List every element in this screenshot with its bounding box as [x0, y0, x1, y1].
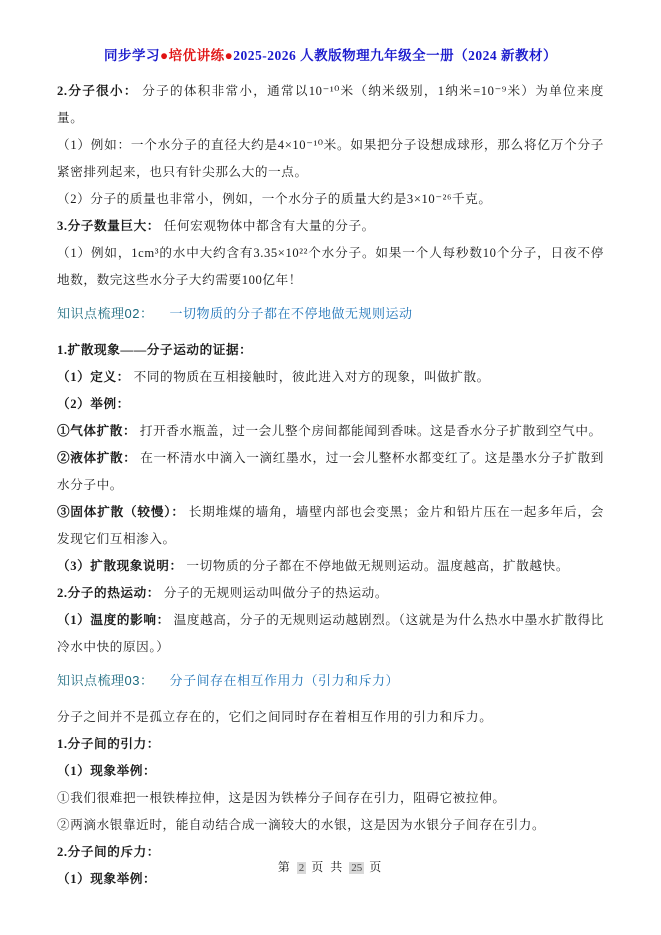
paragraph: （1）现象举例：: [57, 758, 604, 785]
paragraph: 分子之间并不是孤立存在的，它们之间同时存在着相互作用的引力和斥力。: [57, 704, 604, 731]
text-segment: （2）分子的质量也非常小，例如，一个水分子的质量大约是3×10⁻²⁶千克。: [57, 192, 492, 206]
text-segment: （1）定义：: [57, 370, 130, 384]
text-segment: 1.扩散现象——分子运动的证据：: [57, 343, 252, 357]
text-segment: 分子之间并不是孤立存在的，它们之间同时存在着相互作用的引力和斥力。: [57, 710, 492, 724]
text-segment: ②液体扩散：: [57, 451, 137, 465]
section-heading: 知识点梳理02：一切物质的分子都在不停地做无规则运动: [57, 303, 604, 324]
text-segment: （1）现象举例：: [57, 764, 156, 778]
text-segment: 第: [278, 860, 297, 874]
page-footer: 第 2 页 共 25 页: [0, 858, 661, 875]
text-segment: 分子的体积非常小，通常以10⁻¹⁰米（纳米级别，1纳米=10⁻⁹米）为单位来度量…: [57, 84, 604, 125]
paragraph: （2）举例：: [57, 391, 604, 418]
text-segment: （2）举例：: [57, 397, 130, 411]
text-segment: ①气体扩散：: [57, 424, 136, 438]
paragraph: 3.分子数量巨大： 任何宏观物体中都含有大量的分子。: [57, 213, 604, 240]
text-segment: 3.分子数量巨大：: [57, 219, 160, 233]
paragraph: ①我们很难把一根铁棒拉伸，这是因为铁棒分子间存在引力，阻碍它被拉伸。: [57, 785, 604, 812]
text-segment: 不同的物质在互相接触时，彼此进入对方的现象，叫做扩散。: [130, 370, 490, 384]
text-segment: 1.分子间的引力：: [57, 737, 160, 751]
text-segment: （1）例如：一个水分子的直径大约是4×10⁻¹⁰米。如果把分子设想成球形，那么将…: [57, 138, 604, 179]
paragraph: （3）扩散现象说明： 一切物质的分子都在不停地做无规则运动。温度越高，扩散越快。: [57, 553, 604, 580]
text-segment: （3）扩散现象说明：: [57, 559, 183, 573]
paragraph: （1）定义： 不同的物质在互相接触时，彼此进入对方的现象，叫做扩散。: [57, 364, 604, 391]
paragraph: 1.分子间的引力：: [57, 731, 604, 758]
paragraph: ①气体扩散： 打开香水瓶盖，过一会儿整个房间都能闻到香味。这是香水分子扩散到空气…: [57, 418, 604, 445]
paragraph: （1）例如，1cm³的水中大约含有3.35×10²²个水分子。如果一个人每秒数1…: [57, 240, 604, 294]
text-segment: 2: [297, 862, 307, 874]
section-label: 知识点梳理02：: [57, 306, 153, 321]
text-segment: ③固体扩散（较慢）：: [57, 505, 185, 519]
paragraph: ③固体扩散（较慢）： 长期堆煤的墙角，墙壁内部也会变黑；金片和铅片压在一起多年后…: [57, 499, 604, 553]
text-segment: 同步学习: [104, 48, 160, 63]
text-segment: 打开香水瓶盖，过一会儿整个房间都能闻到香味。这是香水分子扩散到空气中。: [136, 424, 602, 438]
text-segment: 2.分子间的斥力：: [57, 845, 160, 859]
paragraph: 2.分子的热运动： 分子的无规则运动叫做分子的热运动。: [57, 580, 604, 607]
paragraph: （2）分子的质量也非常小，例如，一个水分子的质量大约是3×10⁻²⁶千克。: [57, 186, 604, 213]
text-segment: ●培优讲练●: [160, 48, 233, 63]
text-segment: 任何宏观物体中都含有大量的分子。: [160, 219, 375, 233]
paragraph: 2.分子很小： 分子的体积非常小，通常以10⁻¹⁰米（纳米级别，1纳米=10⁻⁹…: [57, 78, 604, 132]
paragraph: 1.扩散现象——分子运动的证据：: [57, 337, 604, 364]
text-segment: 一切物质的分子都在不停地做无规则运动。温度越高，扩散越快。: [183, 559, 569, 573]
section-heading: 知识点梳理03：分子间存在相互作用力（引力和斥力）: [57, 670, 604, 691]
paragraph: （1）温度的影响： 温度越高，分子的无规则运动越剧烈。（这就是为什么热水中墨水扩…: [57, 607, 604, 661]
section-title: 分子间存在相互作用力（引力和斥力）: [169, 673, 399, 688]
paragraph: （1）例如：一个水分子的直径大约是4×10⁻¹⁰米。如果把分子设想成球形，那么将…: [57, 132, 604, 186]
section-title: 一切物质的分子都在不停地做无规则运动: [169, 306, 412, 321]
doc-header: 同步学习●培优讲练●2025-2026 人教版物理九年级全一册（2024 新教材…: [0, 0, 661, 66]
text-segment: 页: [364, 860, 383, 874]
text-segment: 2.分子很小：: [57, 84, 138, 98]
document-body: 2.分子很小： 分子的体积非常小，通常以10⁻¹⁰米（纳米级别，1纳米=10⁻⁹…: [0, 78, 661, 893]
document-page: 同步学习●培优讲练●2025-2026 人教版物理九年级全一册（2024 新教材…: [0, 0, 661, 935]
text-segment: ②两滴水银靠近时，能自动结合成一滴较大的水银，这是因为水银分子间存在引力。: [57, 818, 545, 832]
text-segment: （1）温度的影响：: [57, 613, 170, 627]
text-segment: （1）例如，1cm³的水中大约含有3.35×10²²个水分子。如果一个人每秒数1…: [57, 246, 604, 287]
paragraph: ②液体扩散： 在一杯清水中滴入一滴红墨水，过一会儿整杯水都变红了。这是墨水分子扩…: [57, 445, 604, 499]
text-segment: 25: [349, 862, 364, 874]
text-segment: 2025-2026 人教版物理九年级全一册（2024 新教材）: [233, 48, 557, 63]
text-segment: 在一杯清水中滴入一滴红墨水，过一会儿整杯水都变红了。这是墨水分子扩散到水分子中。: [57, 451, 604, 492]
text-segment: 2.分子的热运动：: [57, 586, 160, 600]
section-label: 知识点梳理03：: [57, 673, 153, 688]
text-segment: 页 共: [306, 860, 349, 874]
paragraph: ②两滴水银靠近时，能自动结合成一滴较大的水银，这是因为水银分子间存在引力。: [57, 812, 604, 839]
text-segment: ①我们很难把一根铁棒拉伸，这是因为铁棒分子间存在引力，阻碍它被拉伸。: [57, 791, 506, 805]
text-segment: 分子的无规则运动叫做分子的热运动。: [160, 586, 388, 600]
